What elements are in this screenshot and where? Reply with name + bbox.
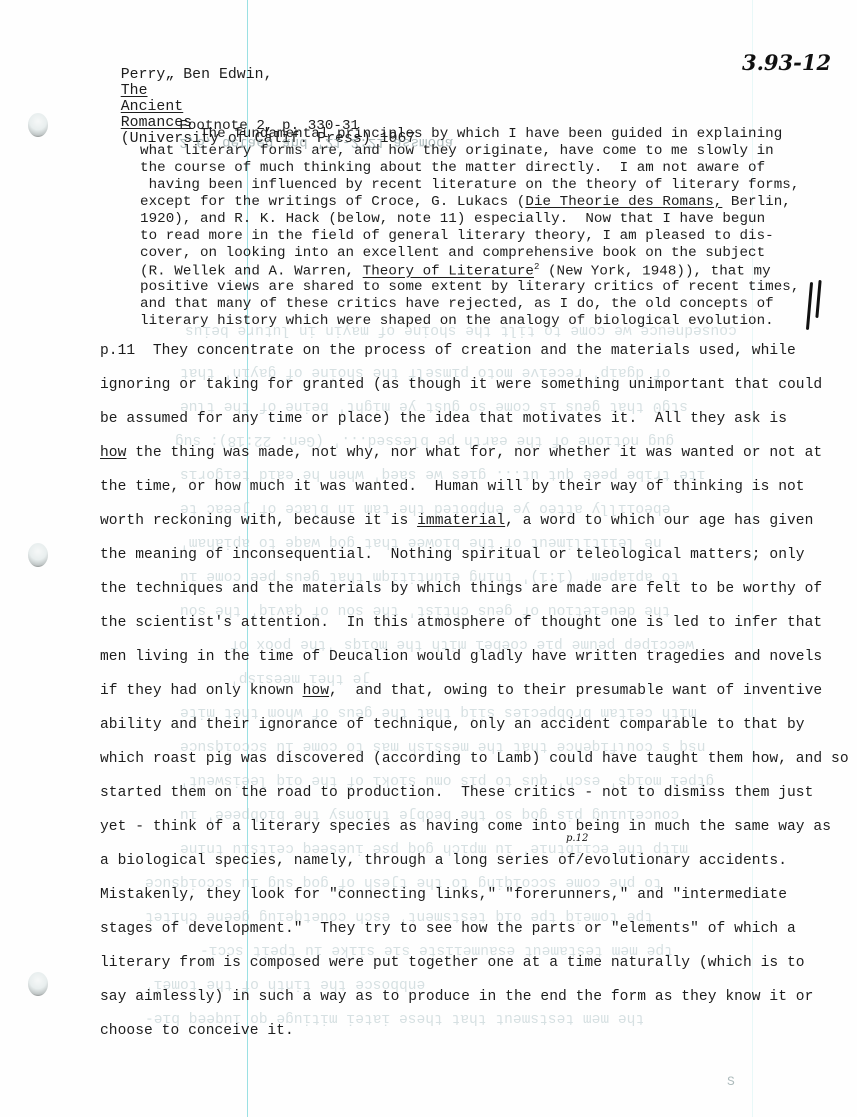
margin-mark-stroke <box>806 282 813 330</box>
cited-title: Theory of Literature <box>363 264 534 280</box>
emphasis-word: immaterial <box>417 513 505 529</box>
emphasis-word: how <box>100 445 126 461</box>
margin-mark-stroke <box>815 280 821 318</box>
body-line: worth reckoning with, because it is imma… <box>100 513 813 529</box>
body-line: the scientist's attention. In this atmos… <box>100 615 822 631</box>
footnote-line: to read more in the field of general lit… <box>140 228 774 244</box>
body-line: p.11 They concentrate on the process of … <box>100 343 796 359</box>
handwritten-insert-mark: p.12 <box>566 833 588 844</box>
footnote-line: positive views are shared to some extent… <box>140 279 799 295</box>
footnote-line: (R. Wellek and A. Warren, Theory of Lite… <box>140 262 771 280</box>
body-line: the techniques and the materials by whic… <box>100 581 822 597</box>
footnote-line: having been influenced by recent literat… <box>140 177 799 193</box>
footnote-line: 1920), and R. K. Hack (below, note 11) e… <box>140 211 765 227</box>
body-line: if they had only known how, and that, ow… <box>100 683 822 699</box>
body-line: the time, or how much it was wanted. Hum… <box>100 479 805 495</box>
body-line: started them on the road to production. … <box>100 785 813 801</box>
body-line: the meaning of inconsequential. Nothing … <box>100 547 805 563</box>
punch-hole-middle <box>28 543 48 567</box>
body-line: how the thing was made, not why, nor wha… <box>100 445 822 461</box>
footnote-line: the course of much thinking about the ma… <box>140 160 765 176</box>
handwritten-code: 3.93-12 <box>742 50 831 75</box>
body-line: be assumed for any time or place) the id… <box>100 411 787 427</box>
body-line: literary from is composed were put toget… <box>100 955 805 971</box>
body-line: Mistakenly, they look for "connecting li… <box>100 887 787 903</box>
footnote-line: and that many of these critics have reje… <box>140 296 774 312</box>
footnote-line: The fundamental principles by which I ha… <box>140 126 782 142</box>
punch-hole-top <box>28 113 48 137</box>
body-line: yet - think of a literary species as hav… <box>100 819 831 835</box>
body-line: which roast pig was discovered (accordin… <box>100 751 849 767</box>
body-line: choose to conceive it. <box>100 1023 294 1039</box>
body-line: ignoring or taking for granted (as thoug… <box>100 377 822 393</box>
emphasis-word: how <box>303 683 329 699</box>
scanned-page: Perry„ Ben Edwin, The Ancient Romances (… <box>0 0 857 1117</box>
footnote-line: what literary forms are, and how they or… <box>140 143 774 159</box>
page-stamp: S <box>727 1074 735 1089</box>
cited-title: Die Theorie des Romans, <box>525 194 722 210</box>
punch-hole-bottom <box>28 972 48 996</box>
body-line: ability and their ignorance of technique… <box>100 717 805 733</box>
body-line: stages of development." They try to see … <box>100 921 796 937</box>
page-reference: p.11 <box>100 343 135 359</box>
footnote-line: except for the writings of Croce, G. Luk… <box>140 194 791 210</box>
title-word: The <box>121 83 148 99</box>
footnote-line: cover, on looking into an excellent and … <box>140 245 765 261</box>
bleed-through-line: cousedneuce we come to tilt the shoine o… <box>185 322 737 338</box>
body-line: men living in the time of Deucalion woul… <box>100 649 822 665</box>
body-line: a biological species, namely, through a … <box>100 853 787 869</box>
body-line: say aimlessly) in such a way as to produ… <box>100 989 813 1005</box>
author: Perry„ Ben Edwin, <box>121 67 273 83</box>
